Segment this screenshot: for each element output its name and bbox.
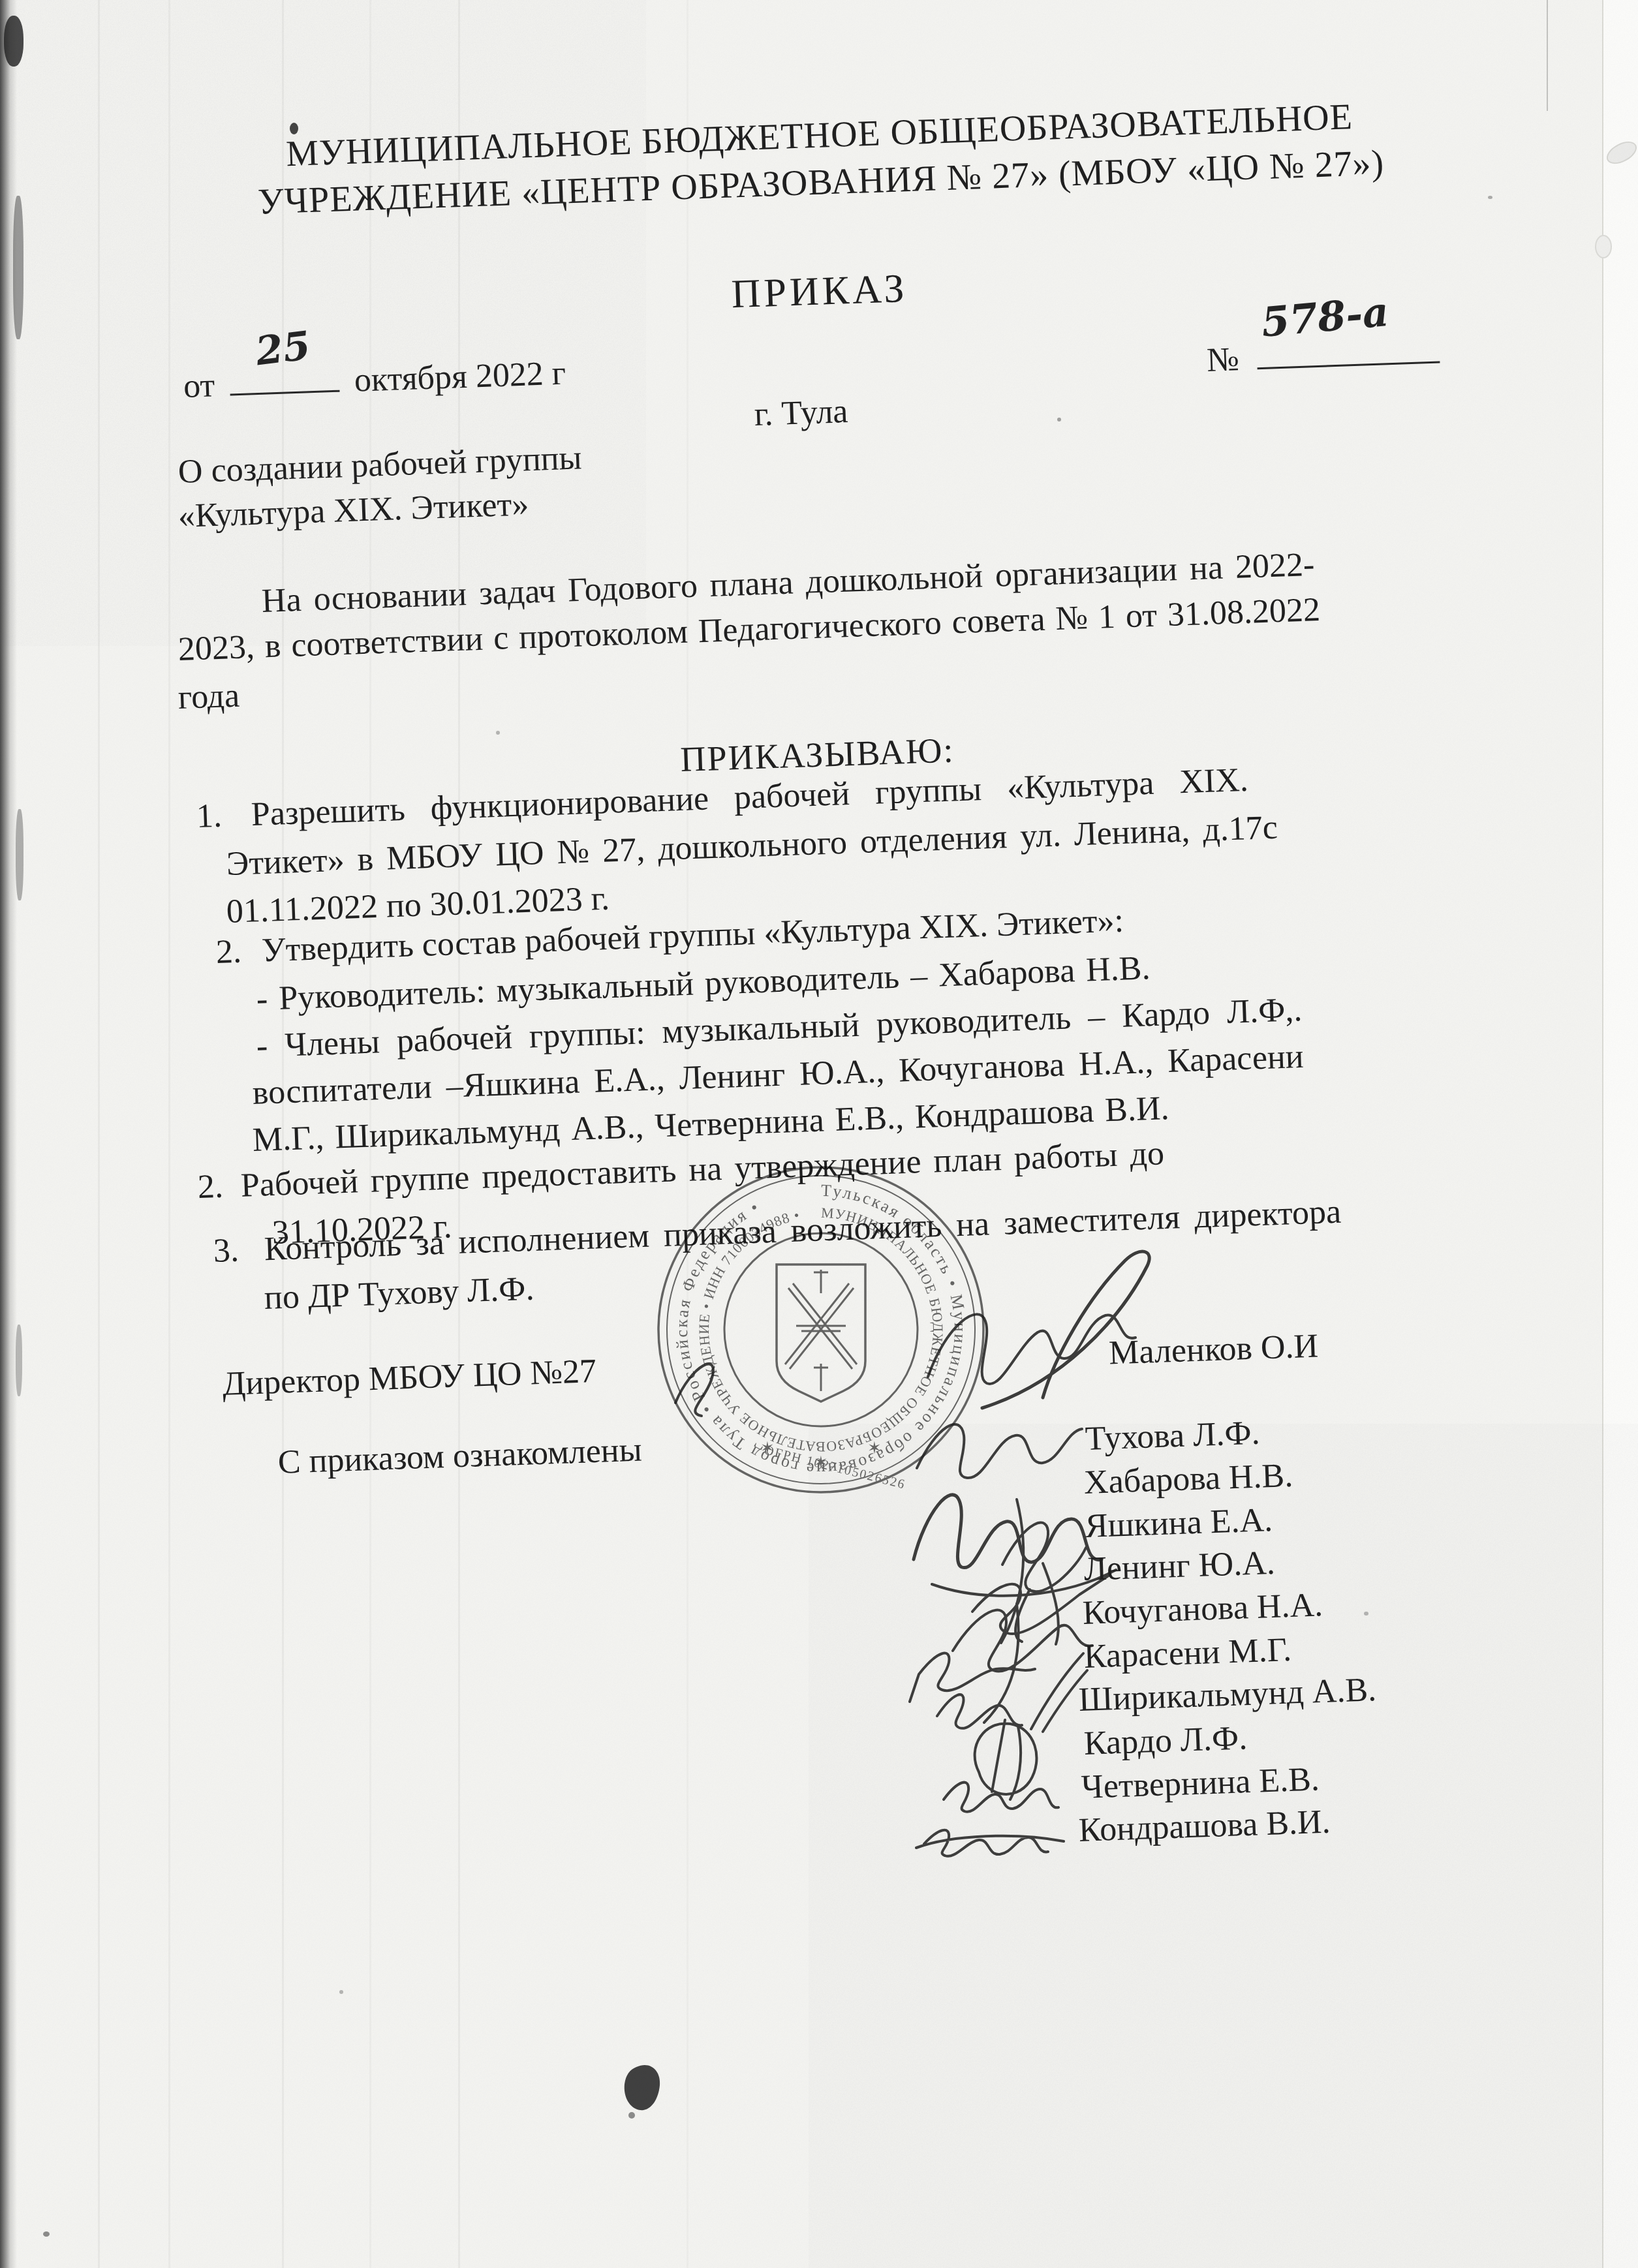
seal-inner-ring — [724, 1233, 918, 1426]
signature-tukhova — [917, 1424, 1082, 1478]
binder-hole — [1595, 235, 1612, 258]
scan-speck — [496, 731, 500, 735]
ink-blot-speck — [628, 2112, 635, 2119]
director-label: Директор МБОУ ЦО №27 — [222, 1352, 597, 1404]
svg-text:✶: ✶ — [814, 1453, 828, 1473]
date-suffix: октября 2022 г — [354, 355, 566, 399]
scan-speck — [1364, 1612, 1368, 1616]
signature-khabarova — [914, 1495, 1102, 1568]
subject-line2: «Культура XIX. Этикет» — [178, 485, 529, 536]
ack-name: Тухова Л.Ф. — [1085, 1414, 1260, 1459]
scan-speck — [1488, 196, 1492, 199]
svg-text:✶: ✶ — [867, 1439, 882, 1458]
ink-blot — [625, 2065, 660, 2110]
order-item-number: 2. — [197, 1167, 241, 1207]
ack-label: С приказом ознакомлены — [277, 1431, 643, 1482]
ack-name: Ширикальмунд А.В. — [1078, 1670, 1377, 1720]
scan-streak-short — [1547, 0, 1548, 111]
seal-star-icon: ✶ ✶ ✶ — [760, 1439, 882, 1473]
scan-artifact-left-blotch-top — [4, 16, 23, 67]
ack-name: Кардо Л.Ф. — [1083, 1719, 1248, 1763]
signature-khabarova-tail — [1001, 1499, 1023, 1643]
ack-name: Четвернина Е.В. — [1081, 1760, 1320, 1807]
ack-name: Ленинг Ю.А. — [1083, 1544, 1276, 1589]
order-item-number: 2. — [215, 932, 262, 972]
svg-text:✶: ✶ — [760, 1439, 775, 1458]
scan-speck — [339, 1990, 343, 1994]
scan-artifact-left-blotch — [16, 809, 23, 900]
signature-kondrashova — [916, 1830, 1064, 1856]
scan-artifact-left-blotch — [16, 1325, 22, 1396]
org-name-block: МУНИЦИПАЛЬНОЕ БЮДЖЕТНОЕ ОБЩЕОБРАЗОВАТЕЛЬ… — [178, 89, 1463, 228]
preamble-line3: года — [178, 677, 240, 718]
signature-karaseni — [910, 1653, 1035, 1702]
binder-hole — [1603, 137, 1638, 168]
signature-yashkina — [1002, 1523, 1086, 1642]
scan-speck — [1057, 418, 1061, 421]
signature-kochuganova — [953, 1604, 1092, 1723]
number-label: № — [1206, 341, 1240, 379]
order-item-line: 3.Контроль за исполнением приказа возлож… — [213, 1193, 1342, 1271]
order-item-number: 1. — [196, 795, 252, 836]
handwritten-date: 25 — [253, 323, 313, 375]
scan-streak — [168, 0, 170, 2268]
ack-name: Яшкина Е.А. — [1085, 1501, 1273, 1546]
ack-name: Кондрашова В.И. — [1078, 1803, 1331, 1850]
director-name: Маленков О.И — [1108, 1326, 1319, 1373]
subject-line1: О создании рабочей группы — [178, 438, 582, 491]
page-edge-right — [1602, 0, 1638, 2268]
signature-shirikalmund — [937, 1653, 1087, 1732]
director-row: Директор МБОУ ЦО №27 Маленков О.И — [222, 1326, 1319, 1403]
signature-chetvernina — [944, 1783, 1059, 1812]
ack-name: Кочуганова Н.А. — [1082, 1586, 1323, 1633]
seal-ogrn-text: ОГРН 1027105026526 — [763, 1443, 907, 1492]
ack-name: Хабарова Н.В. — [1083, 1456, 1293, 1503]
date-prefix: от — [183, 367, 215, 405]
scan-artifact-left-band — [0, 0, 17, 2268]
order-item-number: 3. — [213, 1230, 265, 1270]
scan-streak — [98, 0, 100, 2268]
scan-speck — [43, 2231, 50, 2237]
signature-kardo — [975, 1720, 1037, 1800]
scanned-order-page: { "page": { "paper_color": "#f5f5f2", "i… — [0, 0, 1638, 2268]
order-item-line: по ДР Тухову Л.Ф. — [264, 1270, 534, 1318]
order-date-row: от октября 2022 г — [183, 352, 566, 406]
city-line: г. Тула — [754, 392, 848, 435]
director-signature-flourish — [982, 1251, 1149, 1408]
ack-name: Карасени М.Г. — [1083, 1631, 1292, 1677]
scan-artifact-left-blotch — [13, 196, 23, 339]
